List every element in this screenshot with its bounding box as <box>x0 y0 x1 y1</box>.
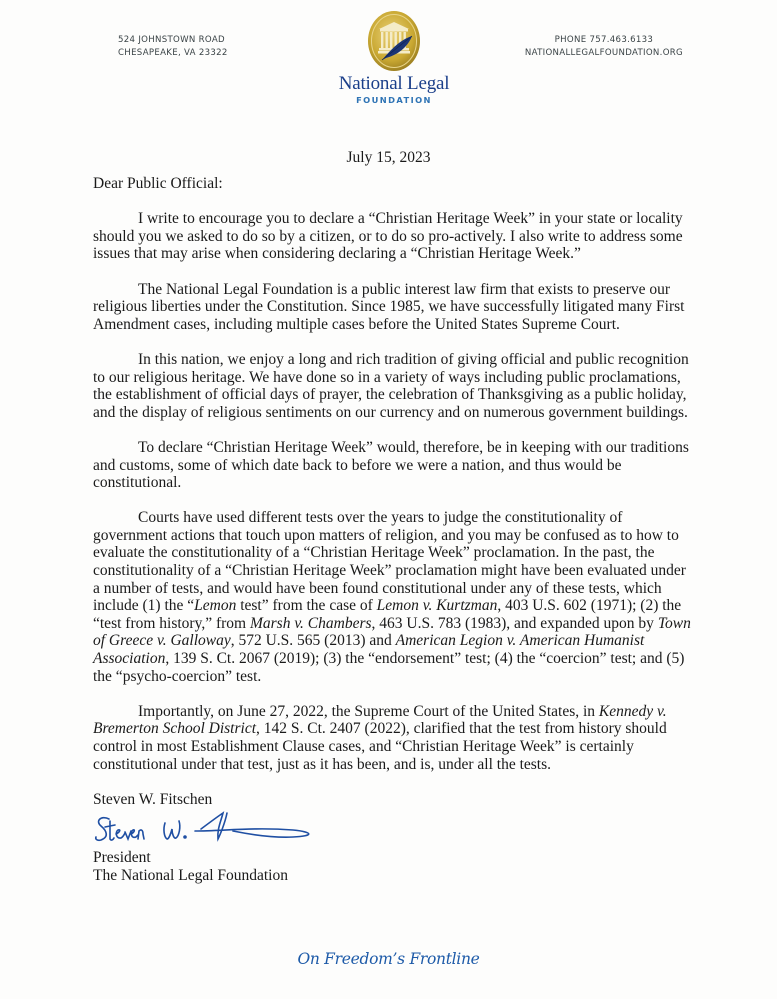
text-run: , 139 S. Ct. 2067 (2019); (3) the “endor… <box>165 650 684 667</box>
spacer <box>93 263 693 281</box>
text-run: , 142 S. Ct. 2407 (2022), clarified that… <box>256 720 667 737</box>
paragraph-line: the establishment of official days of pr… <box>93 386 693 404</box>
text-run: test” from the case of <box>236 597 376 614</box>
salutation: Dear Public Official: <box>93 175 693 193</box>
paragraph-line: Courts have used different tests over th… <box>93 509 693 527</box>
footer-tagline: On Freedom’s Frontline <box>0 950 777 968</box>
paragraph-line: government actions that touch upon matte… <box>93 527 693 545</box>
signer-organization: The National Legal Foundation <box>93 867 693 885</box>
paragraph-line: Amendment cases, including multiple case… <box>93 316 693 334</box>
address-line-1: 524 JOHNSTOWN ROAD <box>118 34 228 47</box>
paragraph-line: The National Legal Foundation is a publi… <box>93 281 693 299</box>
text-run: Importantly, on June 27, 2022, the Supre… <box>138 703 599 720</box>
case-citation: Lemon v. Kurtzman <box>377 597 498 614</box>
spacer <box>93 193 693 211</box>
signer-title: President <box>93 849 693 867</box>
org-subtitle: FOUNDATION <box>338 94 450 106</box>
spacer <box>93 333 693 351</box>
paragraph-line: the “psycho-coercion” test. <box>93 668 693 686</box>
paragraph-line: “test from history,” from Marsh v. Chamb… <box>93 615 693 633</box>
paragraph-line: issues that may arise when considering d… <box>93 245 693 263</box>
paragraph-line: include (1) the “Lemon test” from the ca… <box>93 597 693 615</box>
paragraph-line: and customs, some of which date back to … <box>93 457 693 475</box>
signer-name: Steven W. Fitschen <box>93 791 693 809</box>
letter-body: Dear Public Official: I write to encoura… <box>93 175 693 885</box>
paragraph-line: To declare “Christian Heritage Week” wou… <box>93 439 693 457</box>
case-citation: of Greece v. Galloway <box>93 632 231 649</box>
spacer <box>93 773 693 791</box>
text-run: , 463 U.S. 783 (1983), and expanded upon… <box>372 615 658 632</box>
paragraph-line: a number of tests, and would have been f… <box>93 580 693 598</box>
paragraph-line: Association, 139 S. Ct. 2067 (2019); (3)… <box>93 650 693 668</box>
phone: PHONE 757.463.6133 <box>525 34 683 47</box>
case-citation: Bremerton School District <box>93 720 256 737</box>
website-link[interactable]: NATIONALLEGALFOUNDATION.ORG <box>525 47 683 60</box>
case-citation: Association <box>93 650 165 667</box>
text-run: , 572 U.S. 565 (2013) and <box>231 632 396 649</box>
text-run: include (1) the “ <box>93 597 194 614</box>
address-line-2: CHESAPEAKE, VA 23322 <box>118 47 228 60</box>
letterhead-address: 524 JOHNSTOWN ROAD CHESAPEAKE, VA 23322 <box>118 34 228 59</box>
paragraph-line: of Greece v. Galloway, 572 U.S. 565 (201… <box>93 632 693 650</box>
paragraph-line: should you we asked to do so by a citize… <box>93 228 693 246</box>
letter-date: July 15, 2023 <box>0 149 777 167</box>
paragraph-line: I write to encourage you to declare a “C… <box>93 210 693 228</box>
courthouse-quill-seal-icon <box>367 10 421 72</box>
case-citation: Town <box>658 615 691 632</box>
paragraphs: I write to encourage you to declare a “C… <box>93 210 693 791</box>
paragraph-line: religious liberties under the Constituti… <box>93 298 693 316</box>
paragraph-line: Bremerton School District, 142 S. Ct. 24… <box>93 720 693 738</box>
handwritten-signature-icon <box>93 809 323 849</box>
paragraph-line: constitutionality of a “Christian Herita… <box>93 562 693 580</box>
text-run: , 403 U.S. 602 (1971); (2) the <box>497 597 681 614</box>
case-citation: Marsh v. Chambers <box>250 615 372 632</box>
text-run: “test from history,” from <box>93 615 250 632</box>
paragraph-line: to our religious heritage. We have done … <box>93 369 693 387</box>
paragraph-line: and the display of religious sentiments … <box>93 404 693 422</box>
paragraph-line: evaluate the constitutionality of a “Chr… <box>93 544 693 562</box>
letterhead-contact: PHONE 757.463.6133 NATIONALLEGALFOUNDATI… <box>525 34 683 59</box>
case-citation: American Legion v. American Humanist <box>396 632 645 649</box>
case-citation: Kennedy v. <box>599 703 667 720</box>
spacer <box>93 492 693 510</box>
org-name: National Legal <box>318 74 470 94</box>
spacer <box>93 685 693 703</box>
paragraph-line: In this nation, we enjoy a long and rich… <box>93 351 693 369</box>
spacer <box>93 421 693 439</box>
paragraph-line: Importantly, on June 27, 2022, the Supre… <box>93 703 693 721</box>
paragraph-line: constitutional under that test, just as … <box>93 756 693 774</box>
paragraph-line: control in most Establishment Clause cas… <box>93 738 693 756</box>
case-citation: Lemon <box>194 597 236 614</box>
letterhead-logo: National Legal FOUNDATION <box>338 10 450 106</box>
paragraph-line: constitutional. <box>93 474 693 492</box>
